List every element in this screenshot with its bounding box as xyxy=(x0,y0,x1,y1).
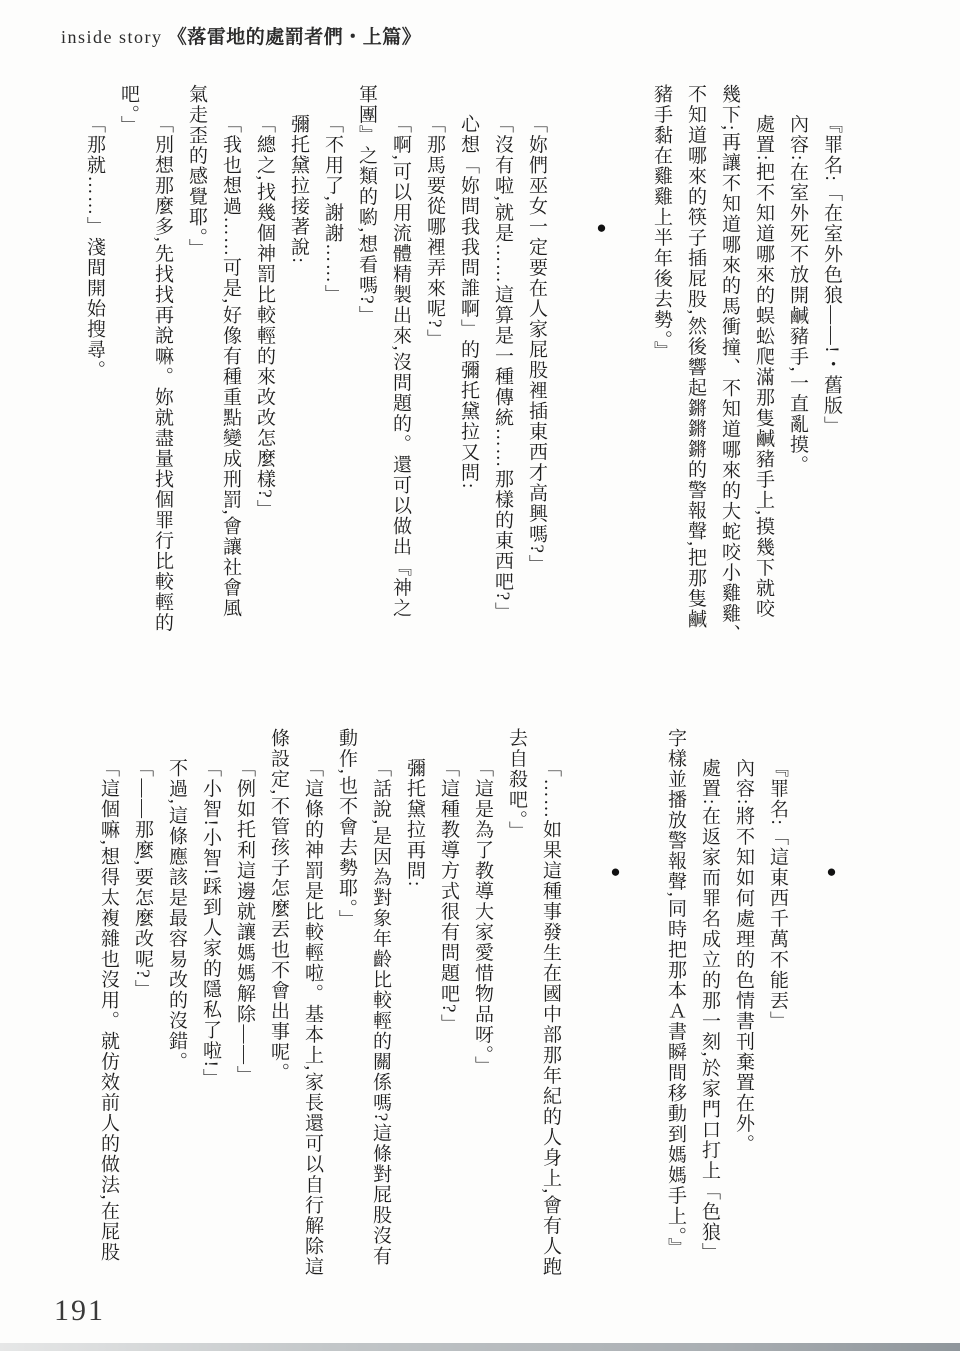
text-column: 「……如果這種事發生在國中部那年紀的人身上,會有人跑 xyxy=(533,728,567,1316)
text-column: 字樣並播放警報聲,同時把那本Ａ書瞬間移動到媽媽手上。』 xyxy=(658,728,692,1316)
scan-edge-shadow xyxy=(0,1343,960,1351)
text-column: 「別想那麼多,先找找再說嘛。妳就盡量找個罪行比較輕的 xyxy=(145,84,179,672)
text-column: 去自殺吧。」 xyxy=(499,728,533,1316)
text-column: 幾下;再讓不知道哪來的馬衝撞、不知道哪來的大蛇咬小雞雞、 xyxy=(712,84,746,672)
text-column: 內容:在室外死不放開鹹豬手,一直亂摸。 xyxy=(780,84,814,672)
text-column: 氣走歪的感覺耶。」 xyxy=(179,84,213,672)
header-series-label: inside story xyxy=(61,27,163,47)
text-column: 「總之,找幾個神罰比較輕的來改改怎麼樣?」 xyxy=(247,84,281,672)
section-bullet: ● xyxy=(598,728,632,1316)
text-column: 「妳們巫女一定要在人家屁股裡插東西才高興嗎?」 xyxy=(519,84,553,672)
bottom-text-block: ● 『罪名:「這東西千萬不能丟」 內容:將不知如何處理的色情書刊棄置在外。 處置… xyxy=(91,728,848,1316)
top-text-block: 『罪名:「在室外色狼——!・舊版」 內容:在室外死不放開鹹豬手,一直亂摸。 處置… xyxy=(77,84,848,672)
text-column: 「這個嘛,想得太複雜也沒用。就仿效前人的做法,在屁股 xyxy=(91,728,125,1316)
text-column: 「那馬要從哪裡弄來呢?」 xyxy=(417,84,451,672)
text-column: 「這種教導方式很有問題吧?」 xyxy=(431,728,465,1316)
section-bullet: ● xyxy=(584,84,618,672)
text-column: 不知道哪來的筷子插屁股,然後響起鏘鏘鏘的警報聲,把那隻鹹 xyxy=(678,84,712,672)
text-column: 「話說,是因為對象年齡比較輕的關係嗎?這條對屁股沒有 xyxy=(363,728,397,1316)
text-column: 『罪名:「在室外色狼——!・舊版」 xyxy=(814,84,848,672)
text-column: 「那就……」淺間開始搜尋。 xyxy=(77,84,111,672)
section-bullet: ● xyxy=(814,728,848,1316)
text-column: 處置:在返家而罪名成立的那一刻,於家門口打上「色狼」 xyxy=(692,728,726,1316)
text-column: 『罪名:「這東西千萬不能丟」 xyxy=(760,728,794,1316)
text-column: 豬手黏在雞雞上半年後去勢。』 xyxy=(644,84,678,672)
text-column: 「小智!小智!踩到人家的隱私了啦!」 xyxy=(193,728,227,1316)
text-column: 動作,也不會去勢耶。」 xyxy=(329,728,363,1316)
text-column: 「這條的神罰是比較輕啦。基本上,家長還可以自行解除這 xyxy=(295,728,329,1316)
text-column: 心想「妳問我我問誰啊」的彌托黛拉又問: xyxy=(451,84,485,672)
text-column: 「不用了,謝謝……」 xyxy=(315,84,349,672)
text-column: 彌托黛拉接著說: xyxy=(281,84,315,672)
text-column: 條設定,不管孩子怎麼丟也不會出事呢。 xyxy=(261,728,295,1316)
text-column: 吧。」 xyxy=(111,84,145,672)
header-chapter-title: 《落雷地的處罰者們・上篇》 xyxy=(168,27,422,48)
text-column: 內容:將不知如何處理的色情書刊棄置在外。 xyxy=(726,728,760,1316)
text-column: 「沒有啦,就是……這算是一種傳統……那樣的東西吧?」 xyxy=(485,84,519,672)
text-column: 「啊,可以用流體精製出來,沒問題的。還可以做出『神之 xyxy=(383,84,417,672)
page-header: inside story 《落雷地的處罰者們・上篇》 xyxy=(61,22,421,49)
text-column: 處置:把不知道哪來的蜈蚣爬滿那隻鹹豬手上,摸幾下就咬 xyxy=(746,84,780,672)
book-page: inside story 《落雷地的處罰者們・上篇》 『罪名:「在室外色狼——!… xyxy=(0,0,960,1351)
text-column: 「——那麼,要怎麼改呢?」 xyxy=(125,728,159,1316)
text-column: 「例如托利這邊就讓媽媽解除——」 xyxy=(227,728,261,1316)
page-number: 191 xyxy=(54,1294,105,1328)
text-column: 「這是為了教導大家愛惜物品呀。」 xyxy=(465,728,499,1316)
text-column: 彌托黛拉再問: xyxy=(397,728,431,1316)
text-column: 「我也想過……可是,好像有種重點變成刑罰,會讓社會風 xyxy=(213,84,247,672)
text-column: 軍團』之類的喲,想看嗎?」 xyxy=(349,84,383,672)
text-column: 不過,這條應該是最容易改的沒錯。 xyxy=(159,728,193,1316)
